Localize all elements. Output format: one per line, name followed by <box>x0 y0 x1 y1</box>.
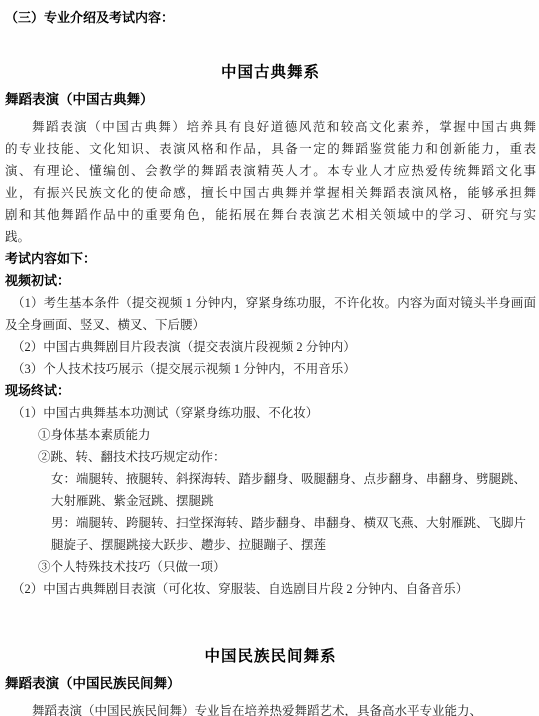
major-heading-classical: 舞蹈表演（中国古典舞） <box>5 88 536 112</box>
major-heading-folk: 舞蹈表演（中国民族民间舞） <box>5 672 536 696</box>
text-line: 业，有振兴民族文化的使命感，擅长中国古典舞并掌握相关舞蹈表演风格，能够承担舞 <box>5 182 536 204</box>
dept-title-classical: 中国古典舞系 <box>5 61 536 85</box>
video-item-1: （1）考生基本条件（提交视频 1 分钟内，穿紧身练功服，不许化妆。内容为面对镜头… <box>5 292 536 336</box>
text-line: 舞蹈表演（中国古典舞）培养具有良好道德风范和较高文化素养，掌握中国古典舞 <box>5 116 536 138</box>
final-item-2: （2）中国古典舞剧目表演（可化妆、穿服装、自选剧目片段 2 分钟内、自备音乐） <box>5 578 536 600</box>
text-line: （1）考生基本条件（提交视频 1 分钟内，穿紧身练功服，不许化妆。内容为面对镜头… <box>5 292 536 314</box>
final-sub-2-technique-moves: ②跳、转、翻技术技巧规定动作： <box>38 446 536 468</box>
text-line: 舞蹈表演（中国民族民间舞）专业旨在培养热爱舞蹈艺术，具备高水平专业能力、 <box>5 700 536 716</box>
final-round-label: 现场终试： <box>5 380 536 402</box>
text-line: 女：端腿转、掖腿转、斜探海转、踏步翻身、吸腿翻身、点步翻身、串翻身、劈腿跳、 <box>51 468 536 490</box>
dept-title-folk: 中国民族民间舞系 <box>5 645 536 669</box>
section-heading: （三）专业介绍及考试内容： <box>5 7 536 29</box>
document-page: （三）专业介绍及考试内容： 中国古典舞系 舞蹈表演（中国古典舞） 舞蹈表演（中国… <box>0 0 539 716</box>
video-item-2: （2）中国古典舞剧目片段表演（提交表演片段视频 2 分钟内） <box>5 336 536 358</box>
text-line: 演、有理论、懂编创、会教学的舞蹈表演精英人才。本专业人才应热爱传统舞蹈文化事 <box>5 160 536 182</box>
video-item-3: （3）个人技术技巧展示（提交展示视频 1 分钟内，不用音乐） <box>5 358 536 380</box>
intro-paragraph-classical: 舞蹈表演（中国古典舞）培养具有良好道德风范和较高文化素养，掌握中国古典舞的专业技… <box>5 116 536 248</box>
final-item-1: （1）中国古典舞基本功测试（穿紧身练功服、不化妆） <box>5 402 536 424</box>
final-sub-1-basic-ability: ①身体基本素质能力 <box>38 424 536 446</box>
male-moves-list: 男：端腿转、跨腿转、扫堂探海转、踏步翻身、串翻身、横双飞燕、大射雁跳、飞脚片腿旋… <box>51 512 536 556</box>
text-line: 腿旋子、摆腿跳接大跃步、趱步、拉腿蹦子、摆莲 <box>51 534 536 556</box>
text-line: 剧和其他舞蹈作品中的重要角色，能拓展在舞台表演艺术相关领域中的学习、研究与实 <box>5 204 536 226</box>
final-sub-3-special-technique: ③个人特殊技术技巧（只做一项） <box>38 556 536 578</box>
text-line: 的专业技能、文化知识、表演风格和作品，具备一定的舞蹈鉴赏能力和创新能力，重表 <box>5 138 536 160</box>
text-line: 践。 <box>5 226 536 248</box>
female-moves-list: 女：端腿转、掖腿转、斜探海转、踏步翻身、吸腿翻身、点步翻身、串翻身、劈腿跳、大射… <box>51 468 536 512</box>
text-line: 男：端腿转、跨腿转、扫堂探海转、踏步翻身、串翻身、横双飞燕、大射雁跳、飞脚片 <box>51 512 536 534</box>
exam-content-label: 考试内容如下： <box>5 248 536 270</box>
text-line: 及全身画面、竖叉、横叉、下后腰） <box>5 314 536 336</box>
text-line: 大射雁跳、紫金冠跳、摆腿跳 <box>51 490 536 512</box>
intro-paragraph-folk: 舞蹈表演（中国民族民间舞）专业旨在培养热爱舞蹈艺术，具备高水平专业能力、 <box>5 700 536 716</box>
video-round-label: 视频初试： <box>5 270 536 292</box>
